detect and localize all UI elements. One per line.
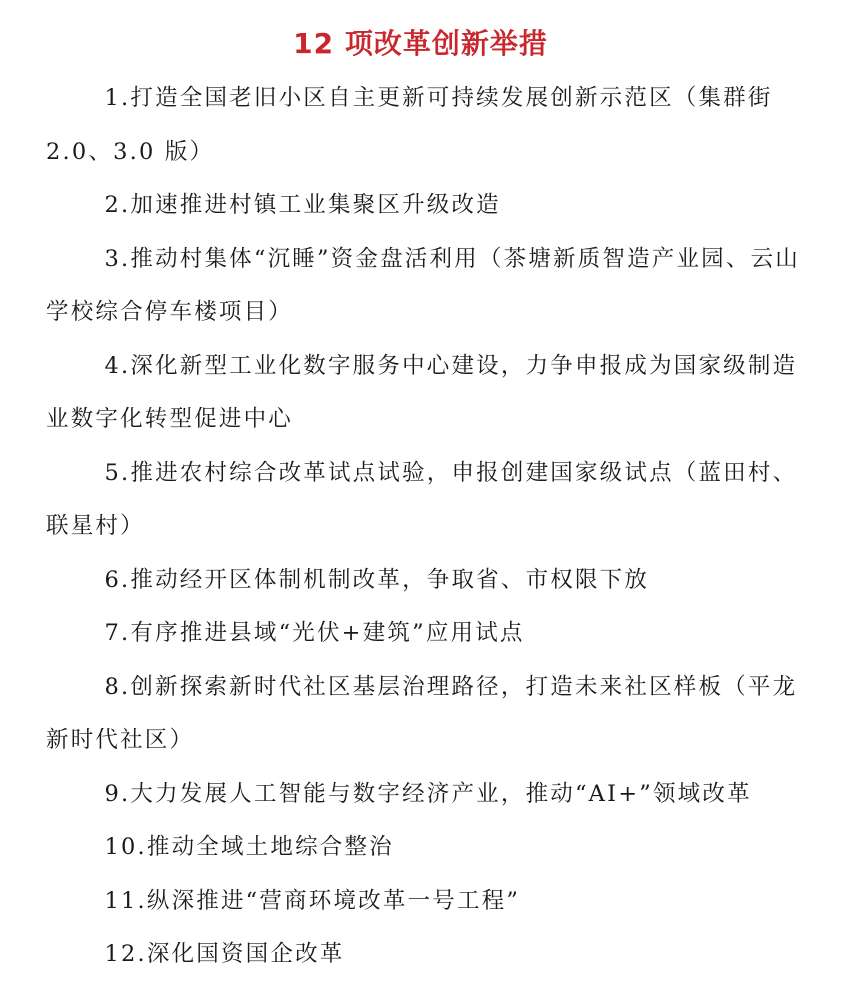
list-item: 10.推动全域土地综合整治 <box>46 821 806 875</box>
list-item: 4.深化新型工业化数字服务中心建设，力争申报成为国家级制造业数字化转型促进中心 <box>46 340 806 447</box>
reform-measures-list: 1.打造全国老旧小区自主更新可持续发展创新示范区（集群街 2.0、3.0 版） … <box>46 72 806 982</box>
list-item: 2.加速推进村镇工业集聚区升级改造 <box>46 179 806 233</box>
list-item: 7.有序推进县域“光伏+建筑”应用试点 <box>46 607 806 661</box>
list-item: 8.创新探索新时代社区基层治理路径，打造未来社区样板（平龙新时代社区） <box>46 661 806 768</box>
list-item: 11.纵深推进“营商环境改革一号工程” <box>46 875 806 929</box>
list-item: 3.推动村集体“沉睡”资金盘活利用（茶塘新质智造产业园、云山学校综合停车楼项目） <box>46 233 806 340</box>
list-item: 12.深化国资国企改革 <box>46 928 806 982</box>
list-item: 6.推动经开区体制机制改革，争取省、市权限下放 <box>46 554 806 608</box>
list-item: 5.推进农村综合改革试点试验，申报创建国家级试点（蓝田村、联星村） <box>46 447 806 554</box>
document-title: 12 项改革创新举措 <box>0 22 841 62</box>
list-item: 9.大力发展人工智能与数字经济产业，推动“AI+”领域改革 <box>46 768 806 822</box>
list-item: 1.打造全国老旧小区自主更新可持续发展创新示范区（集群街 2.0、3.0 版） <box>46 72 806 179</box>
